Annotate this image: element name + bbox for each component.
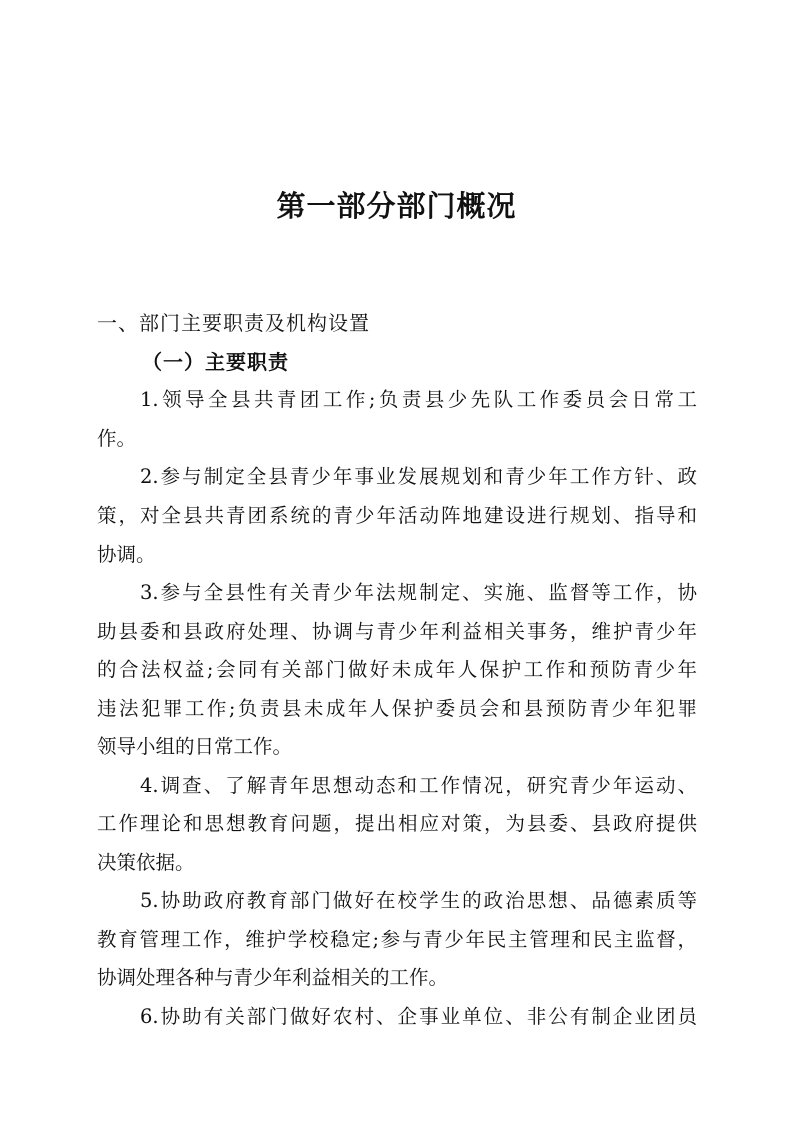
body-line: 教育管理工作，维护学校稳定;参与青少年民主管理和民主监督，	[97, 925, 697, 955]
section-heading: 一、部门主要职责及机构设置	[97, 308, 370, 338]
body-line: 协调处理各种与青少年利益相关的工作。	[97, 963, 697, 993]
sub-heading: （一）主要职责	[142, 347, 289, 377]
body-line: 决策依据。	[97, 848, 697, 878]
body-line: 5.协助政府教育部门做好在校学生的政治思想、品德素质等	[140, 886, 697, 916]
body-line: 4.调查、了解青年思想动态和工作情况，研究青少年运动、	[140, 771, 697, 801]
page-title: 第一部分部门概况	[0, 186, 793, 226]
document-page: 第一部分部门概况 一、部门主要职责及机构设置 （一）主要职责 1.领导全县共青团…	[0, 0, 793, 1122]
body-line: 领导小组的日常工作。	[97, 732, 697, 762]
body-line: 策，对全县共青团系统的青少年活动阵地建设进行规划、指导和	[97, 501, 697, 531]
body-line: 工作理论和思想教育问题，提出相应对策，为县委、县政府提供	[97, 809, 697, 839]
body-line: 的合法权益;会同有关部门做好未成年人保护工作和预防青少年	[97, 655, 697, 685]
body-line: 2.参与制定全县青少年事业发展规划和青少年工作方针、政	[140, 462, 697, 492]
body-line: 助县委和县政府处理、协调与青少年利益相关事务，维护青少年	[97, 617, 697, 647]
body-line: 1.领导全县共青团工作;负责县少先队工作委员会日常工	[140, 385, 697, 415]
body-line: 协调。	[97, 540, 697, 570]
body-line: 作。	[97, 424, 697, 454]
body-line: 违法犯罪工作;负责县未成年人保护委员会和县预防青少年犯罪	[97, 694, 697, 724]
body-line: 3.参与全县性有关青少年法规制定、实施、监督等工作，协	[140, 578, 697, 608]
body-line: 6.协助有关部门做好农村、企事业单位、非公有制企业团员	[140, 1002, 697, 1032]
